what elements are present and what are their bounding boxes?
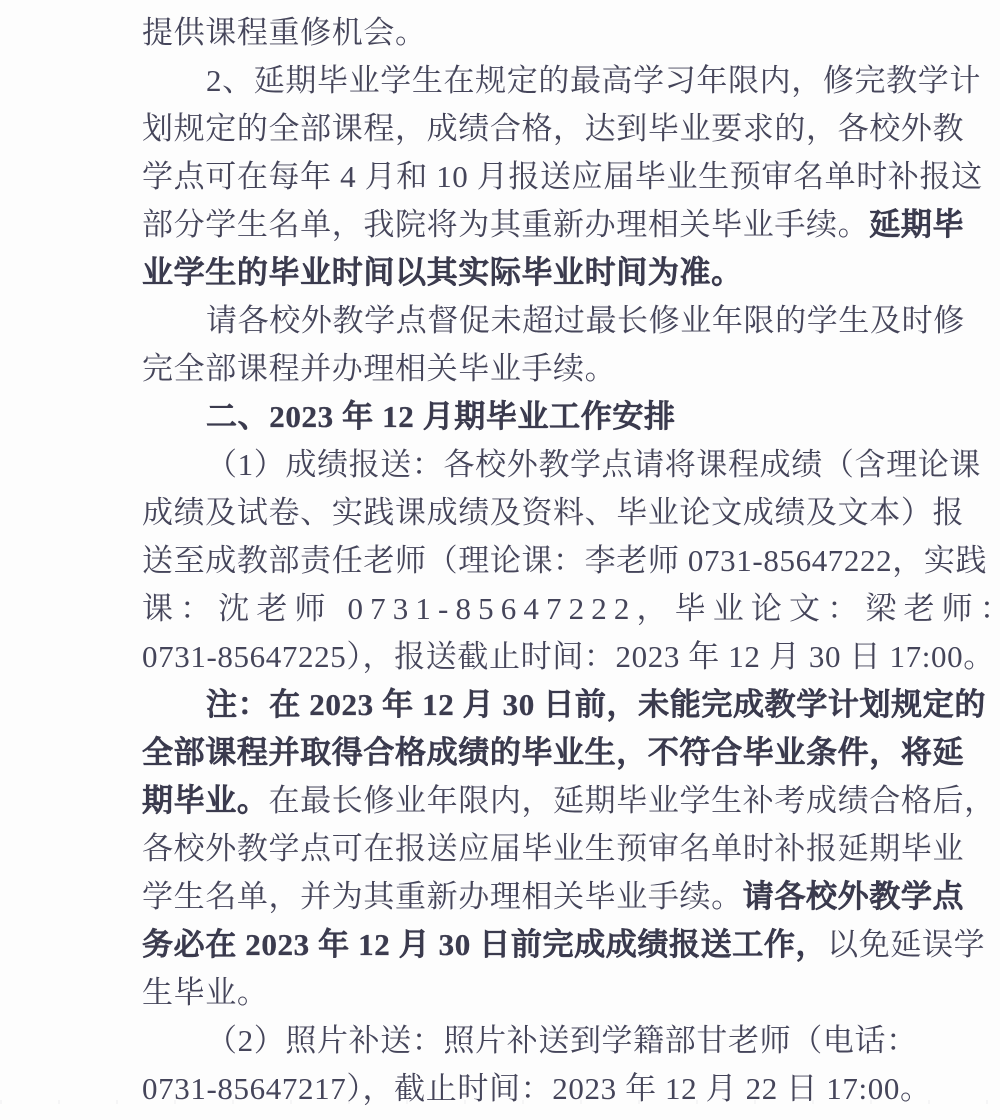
text-run: 学点可在每年 4 月和 10 月报送应届毕业生预审名单时补报这 — [142, 159, 983, 194]
text-run: 部分学生名单，我院将为其重新办理相关毕业手续。 — [142, 207, 869, 242]
text-run: 在最长修业年限内，延期毕业学生补考成绩合格后， — [268, 783, 995, 818]
text-line-13: 课：沈老师 0731-85647222，毕业论文：梁老师： — [142, 585, 868, 633]
text-line-17: 期毕业。在最长修业年限内，延期毕业学生补考成绩合格后， — [142, 777, 868, 825]
text-line-4: 学点可在每年 4 月和 10 月报送应届毕业生预审名单时补报这 — [142, 153, 868, 201]
text-line-16: 全部课程并取得合格成绩的毕业生，不符合毕业条件，将延 — [142, 729, 868, 777]
bold-text-run: 期毕业。 — [142, 783, 268, 818]
scan-noise-artifact — [0, 1100, 1000, 1104]
text-line-11: 成绩及试卷、实践课成绩及资料、毕业论文成绩及文本）报 — [142, 489, 868, 537]
bold-text-run: 务必在 2023 年 12 月 30 日前完成成绩报送工作， — [142, 927, 827, 962]
text-line-14: 0731-85647225），报送截止时间：2023 年 12 月 30 日 1… — [142, 633, 868, 681]
text-line-7: 请各校外教学点督促未超过最长修业年限的学生及时修 — [142, 297, 868, 345]
text-line-6: 业学生的毕业时间以其实际毕业时间为准。 — [142, 249, 868, 297]
text-line-18: 各校外教学点可在报送应届毕业生预审名单时补报延期毕业 — [142, 825, 868, 873]
bold-text-run: 请各校外教学点 — [743, 879, 964, 914]
text-run: 课：沈老师 0731-85647222，毕业论文：梁老师： — [142, 591, 1000, 626]
text-line-21: 生毕业。 — [142, 969, 868, 1017]
text-line-2: 2、延期毕业学生在规定的最高学习年限内，修完教学计 — [142, 57, 868, 105]
bold-text-run: 二、2023 年 12 月期毕业工作安排 — [206, 399, 676, 434]
text-run: 完全部课程并办理相关毕业手续。 — [142, 351, 616, 386]
text-line-8: 完全部课程并办理相关毕业手续。 — [142, 345, 868, 393]
text-run: 送至成教部责任老师（理论课：李老师 0731-85647222，实践 — [142, 543, 987, 578]
text-run: （2）照片补送：照片补送到学籍部甘老师（电话： — [206, 1023, 918, 1058]
text-run: 请各校外教学点督促未超过最长修业年限的学生及时修 — [206, 303, 965, 338]
text-run: 2、延期毕业学生在规定的最高学习年限内，修完教学计 — [206, 63, 981, 98]
bold-text-run: 业学生的毕业时间以其实际毕业时间为准。 — [142, 255, 743, 290]
text-line-10: （1）成绩报送：各校外教学点请将课程成绩（含理论课 — [142, 441, 868, 489]
text-run: 生毕业。 — [142, 975, 268, 1010]
text-run: 以免延误学 — [827, 927, 985, 962]
text-run: 各校外教学点可在报送应届毕业生预审名单时补报延期毕业 — [142, 831, 964, 866]
text-line-1: 提供课程重修机会。 — [142, 9, 868, 57]
text-line-12: 送至成教部责任老师（理论课：李老师 0731-85647222，实践 — [142, 537, 868, 585]
text-line-19: 学生名单，并为其重新办理相关毕业手续。请各校外教学点 — [142, 873, 868, 921]
bold-text-run: 注：在 2023 年 12 月 30 日前，未能完成教学计划规定的 — [206, 687, 986, 722]
text-run: 提供课程重修机会。 — [142, 15, 427, 50]
text-run: 学生名单，并为其重新办理相关毕业手续。 — [142, 879, 743, 914]
text-line-20: 务必在 2023 年 12 月 30 日前完成成绩报送工作，以免延误学 — [142, 921, 868, 969]
text-run: 成绩及试卷、实践课成绩及资料、毕业论文成绩及文本）报 — [142, 495, 964, 530]
bold-text-run: 全部课程并取得合格成绩的毕业生，不符合毕业条件，将延 — [142, 735, 964, 770]
text-line-22: （2）照片补送：照片补送到学籍部甘老师（电话： — [142, 1017, 868, 1065]
text-line-15: 注：在 2023 年 12 月 30 日前，未能完成教学计划规定的 — [142, 681, 868, 729]
text-run: 划规定的全部课程，成绩合格，达到毕业要求的，各校外教 — [142, 111, 964, 146]
text-run: 0731-85647225），报送截止时间：2023 年 12 月 30 日 1… — [142, 639, 995, 674]
text-line-3: 划规定的全部课程，成绩合格，达到毕业要求的，各校外教 — [142, 105, 868, 153]
scanned-document-page: 提供课程重修机会。2、延期毕业学生在规定的最高学习年限内，修完教学计划规定的全部… — [0, 0, 1000, 1120]
text-line-23: 0731-85647217），截止时间：2023 年 12 月 22 日 17:… — [142, 1065, 868, 1113]
document-body: 提供课程重修机会。2、延期毕业学生在规定的最高学习年限内，修完教学计划规定的全部… — [142, 9, 868, 1113]
text-run: （1）成绩报送：各校外教学点请将课程成绩（含理论课 — [206, 447, 981, 482]
text-line-9: 二、2023 年 12 月期毕业工作安排 — [142, 393, 868, 441]
text-line-5: 部分学生名单，我院将为其重新办理相关毕业手续。延期毕 — [142, 201, 868, 249]
bold-text-run: 延期毕 — [869, 207, 964, 242]
